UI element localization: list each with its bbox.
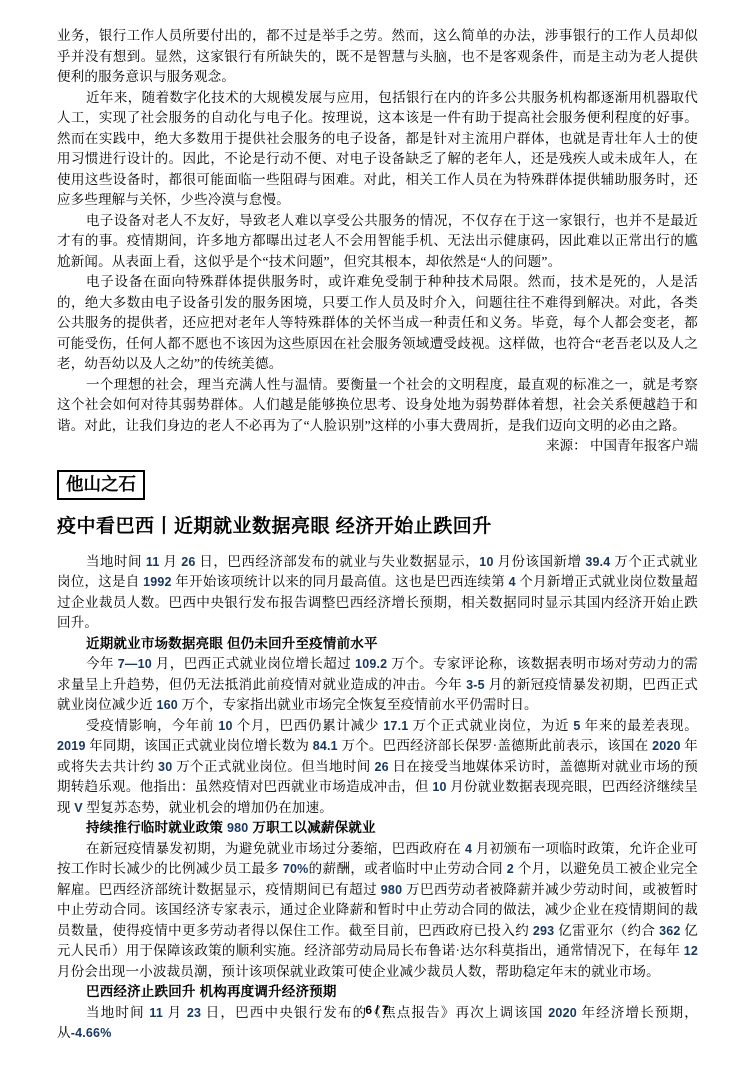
text-segment: 今年: [86, 656, 118, 671]
highlighted-number: 84.1: [313, 739, 338, 753]
paragraph: 近年来，随着数字化技术的大规模发展与应用，包括银行在内的许多公共服务机构都逐渐用…: [57, 88, 698, 211]
highlighted-number: 160: [156, 698, 177, 712]
highlighted-number: V: [74, 801, 83, 815]
highlighted-number: 362: [659, 924, 680, 938]
highlighted-number: 10: [432, 780, 446, 794]
text-segment: 年开始该项统计以来的同月最高值。这也是巴西连续第: [172, 574, 509, 589]
highlighted-number: 3-5: [466, 678, 485, 692]
article-headline: 疫中看巴西丨近期就业数据亮眼 经济开始止跌回升: [57, 514, 698, 541]
paragraph: 业务，银行工作人员所要付出的，都不过是举手之劳。然而，这么简单的办法，涉事银行的…: [57, 26, 698, 88]
paragraph: 受疫情影响，今年前 10 个月，巴西仍累计减少 17.1 万个正式就业岗位，为近…: [57, 716, 698, 819]
text-segment: 月，巴西正式就业岗位增长超过: [152, 656, 355, 671]
text-segment: 的薪酬，或者临时中止劳动合同: [309, 861, 507, 876]
highlighted-number: 109.2: [355, 657, 387, 671]
highlighted-number: 7—10: [118, 657, 152, 671]
highlighted-number: 10: [479, 555, 493, 569]
highlighted-number: 4: [509, 575, 516, 589]
text-segment: 月份会出现一小波裁员潮，预计该项保就业政策可使企业减少裁员人数，帮助稳定年末的就…: [57, 964, 660, 979]
highlighted-number: 17.1: [383, 719, 408, 733]
highlighted-number: 1992: [143, 575, 172, 589]
article-brazil-body: 当地时间 11 月 26 日，巴西经济部发布的就业与失业数据显示，10 月份该国…: [57, 552, 698, 1044]
sub-heading: 持续推行临时就业政策 980 万职工以减薪保就业: [57, 818, 698, 839]
highlighted-number: 11: [146, 555, 160, 569]
paragraph: 当地时间 11 月 26 日，巴西经济部发布的就业与失业数据显示，10 月份该国…: [57, 552, 698, 634]
highlighted-number: 2019: [57, 739, 86, 753]
highlighted-number: 293: [533, 924, 554, 938]
text-segment: 年来的最差表现。: [580, 718, 698, 733]
highlighted-number: 12: [684, 944, 698, 958]
section-badge: 他山之石: [57, 470, 145, 501]
highlighted-number: 70%: [283, 862, 309, 876]
text-segment: 月: [160, 554, 182, 569]
highlighted-number: 2020: [652, 739, 681, 753]
document-page: { "colors": { "number_accent": "#17375E"…: [0, 0, 754, 1069]
highlighted-number: 2: [507, 862, 514, 876]
text-segment: 万个。巴西经济部长保罗·盖德斯此前表示，该国在: [338, 738, 652, 753]
text-segment: 个月，巴西仍累计减少: [233, 718, 384, 733]
highlighted-number: 26: [181, 555, 195, 569]
text-segment: 电子设备对老人不友好，导致老人难以享受公共服务的情况，不仅存在于这一家银行，也并…: [57, 213, 698, 269]
text-segment: 万个正式就业岗位。但当地时间: [172, 759, 374, 774]
highlighted-number: 26: [374, 760, 388, 774]
paragraph: 电子设备对老人不友好，导致老人难以享受公共服务的情况，不仅存在于这一家银行，也并…: [57, 211, 698, 273]
highlighted-number: 980: [381, 883, 402, 897]
text-segment: 日，巴西经济部发布的就业与失业数据显示，: [196, 554, 480, 569]
text-segment: 亿雷亚尔（约合: [554, 923, 659, 938]
text-segment: 近年来，随着数字化技术的大规模发展与应用，包括银行在内的许多公共服务机构都逐渐用…: [57, 90, 698, 208]
text-segment: 业务，银行工作人员所要付出的，都不过是举手之劳。然而，这么简单的办法，涉事银行的…: [57, 28, 698, 84]
text-segment: 巴西经济止跌回升 机构再度调升经济预期: [86, 984, 337, 999]
section-badge-row: 他山之石: [57, 457, 698, 501]
text-segment: 年同期，该国正式就业岗位增长数为: [86, 738, 313, 753]
text-segment: 万职工以减薪保就业: [248, 820, 375, 835]
text-segment: 当地时间: [86, 554, 146, 569]
highlighted-number: 30: [158, 760, 172, 774]
text-segment: 在新冠疫情暴发初期，为避免就业市场过分萎缩，巴西政府在: [86, 841, 465, 856]
page-number: 6 / 7: [0, 1003, 754, 1017]
highlighted-number: 10: [218, 719, 232, 733]
sub-heading: 近期就业市场数据亮眼 但仍未回升至疫情前水平: [57, 634, 698, 655]
article-source: 来源： 中国青年报客户端: [57, 436, 698, 457]
text-segment: 一个理想的社会，理当充满人性与温情。要衡量一个社会的文明程度，最直观的标准之一，…: [57, 377, 698, 433]
paragraph: 一个理想的社会，理当充满人性与温情。要衡量一个社会的文明程度，最直观的标准之一，…: [57, 375, 698, 437]
paragraph: 在新冠疫情暴发初期，为避免就业市场过分萎缩，巴西政府在 4 月初颁布一项临时政策…: [57, 839, 698, 983]
text-segment: 月份该国新增: [494, 554, 586, 569]
highlighted-number: 39.4: [585, 555, 610, 569]
paragraph: 今年 7—10 月，巴西正式就业岗位增长超过 109.2 万个。专家评论称，该数…: [57, 654, 698, 716]
highlighted-number: 980: [227, 821, 248, 835]
text-segment: 受疫情影响，今年前: [86, 718, 218, 733]
text-segment: 万个，专家指出就业市场完全恢复至疫情前水平仍需时日。: [178, 697, 538, 712]
text-segment: 型复苏态势，就业机会的增加仍在加速。: [83, 800, 333, 815]
text-segment: 持续推行临时就业政策: [86, 820, 227, 835]
text-segment: 电子设备在面向特殊群体提供服务时，或许难免受制于种种技术局限。然而，技术是死的，…: [57, 274, 698, 371]
page-content: 业务，银行工作人员所要付出的，都不过是举手之劳。然而，这么简单的办法，涉事银行的…: [57, 26, 698, 1044]
sub-heading: 巴西经济止跌回升 机构再度调升经济预期: [57, 982, 698, 1003]
text-segment: 万个正式就业岗位，为近: [408, 718, 573, 733]
paragraph: 电子设备在面向特殊群体提供服务时，或许难免受制于种种技术局限。然而，技术是死的，…: [57, 272, 698, 375]
highlighted-number: -4.66%: [71, 1026, 112, 1040]
text-segment: 近期就业市场数据亮眼 但仍未回升至疫情前水平: [86, 636, 378, 651]
article-elderly-services-body: 业务，银行工作人员所要付出的，都不过是举手之劳。然而，这么简单的办法，涉事银行的…: [57, 26, 698, 436]
